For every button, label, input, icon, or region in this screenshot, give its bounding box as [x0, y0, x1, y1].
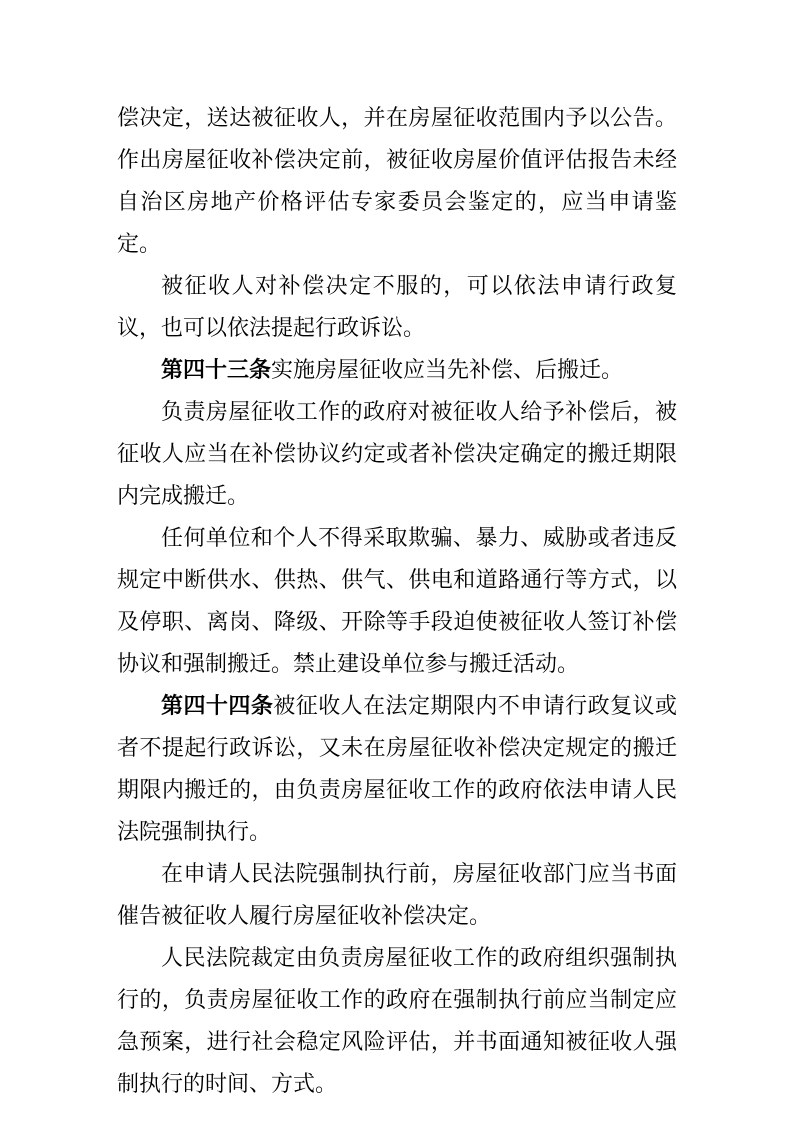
body-paragraph-article-44: 第四十四条被征收人在法定期限内不申请行政复议或者不提起行政诉讼，又未在房屋征收补… [117, 685, 677, 853]
body-paragraph: 在申请人民法院强制执行前，房屋征收部门应当书面催告被征收人履行房屋征收补偿决定。 [117, 853, 677, 937]
article-number: 第四十三条 [161, 357, 271, 382]
body-paragraph: 任何单位和个人不得采取欺骗、暴力、威胁或者违反规定中断供水、供热、供气、供电和道… [117, 517, 677, 685]
body-paragraph: 负责房屋征收工作的政府对被征收人给予补偿后，被征收人应当在补偿协议约定或者补偿决… [117, 391, 677, 517]
body-paragraph-article-43: 第四十三条实施房屋征收应当先补偿、后搬迁。 [117, 349, 677, 391]
paragraph-text: 实施房屋征收应当先补偿、后搬迁。 [271, 357, 623, 382]
article-number: 第四十四条 [161, 693, 273, 718]
body-paragraph: 被征收人对补偿决定不服的，可以依法申请行政复议，也可以依法提起行政诉讼。 [117, 265, 677, 349]
paragraph-text: 任何单位和个人不得采取欺骗、暴力、威胁或者违反规定中断供水、供热、供气、供电和道… [117, 525, 677, 676]
document-page: 偿决定，送达被征收人，并在房屋征收范围内予以公告。作出房屋征收补偿决定前，被征收… [0, 0, 793, 1122]
paragraph-text: 人民法院裁定由负责房屋征收工作的政府组织强制执行的，负责房屋征收工作的政府在强制… [117, 945, 677, 1096]
body-paragraph: 偿决定，送达被征收人，并在房屋征收范围内予以公告。作出房屋征收补偿决定前，被征收… [117, 97, 677, 265]
paragraph-text: 在申请人民法院强制执行前，房屋征收部门应当书面催告被征收人履行房屋征收补偿决定。 [117, 861, 677, 928]
paragraph-text: 偿决定，送达被征收人，并在房屋征收范围内予以公告。作出房屋征收补偿决定前，被征收… [117, 105, 677, 256]
body-paragraph: 人民法院裁定由负责房屋征收工作的政府组织强制执行的，负责房屋征收工作的政府在强制… [117, 937, 677, 1105]
paragraph-text: 负责房屋征收工作的政府对被征收人给予补偿后，被征收人应当在补偿协议约定或者补偿决… [117, 399, 677, 508]
document-body: 偿决定，送达被征收人，并在房屋征收范围内予以公告。作出房屋征收补偿决定前，被征收… [117, 97, 677, 1105]
paragraph-text: 被征收人对补偿决定不服的，可以依法申请行政复议，也可以依法提起行政诉讼。 [117, 273, 677, 340]
